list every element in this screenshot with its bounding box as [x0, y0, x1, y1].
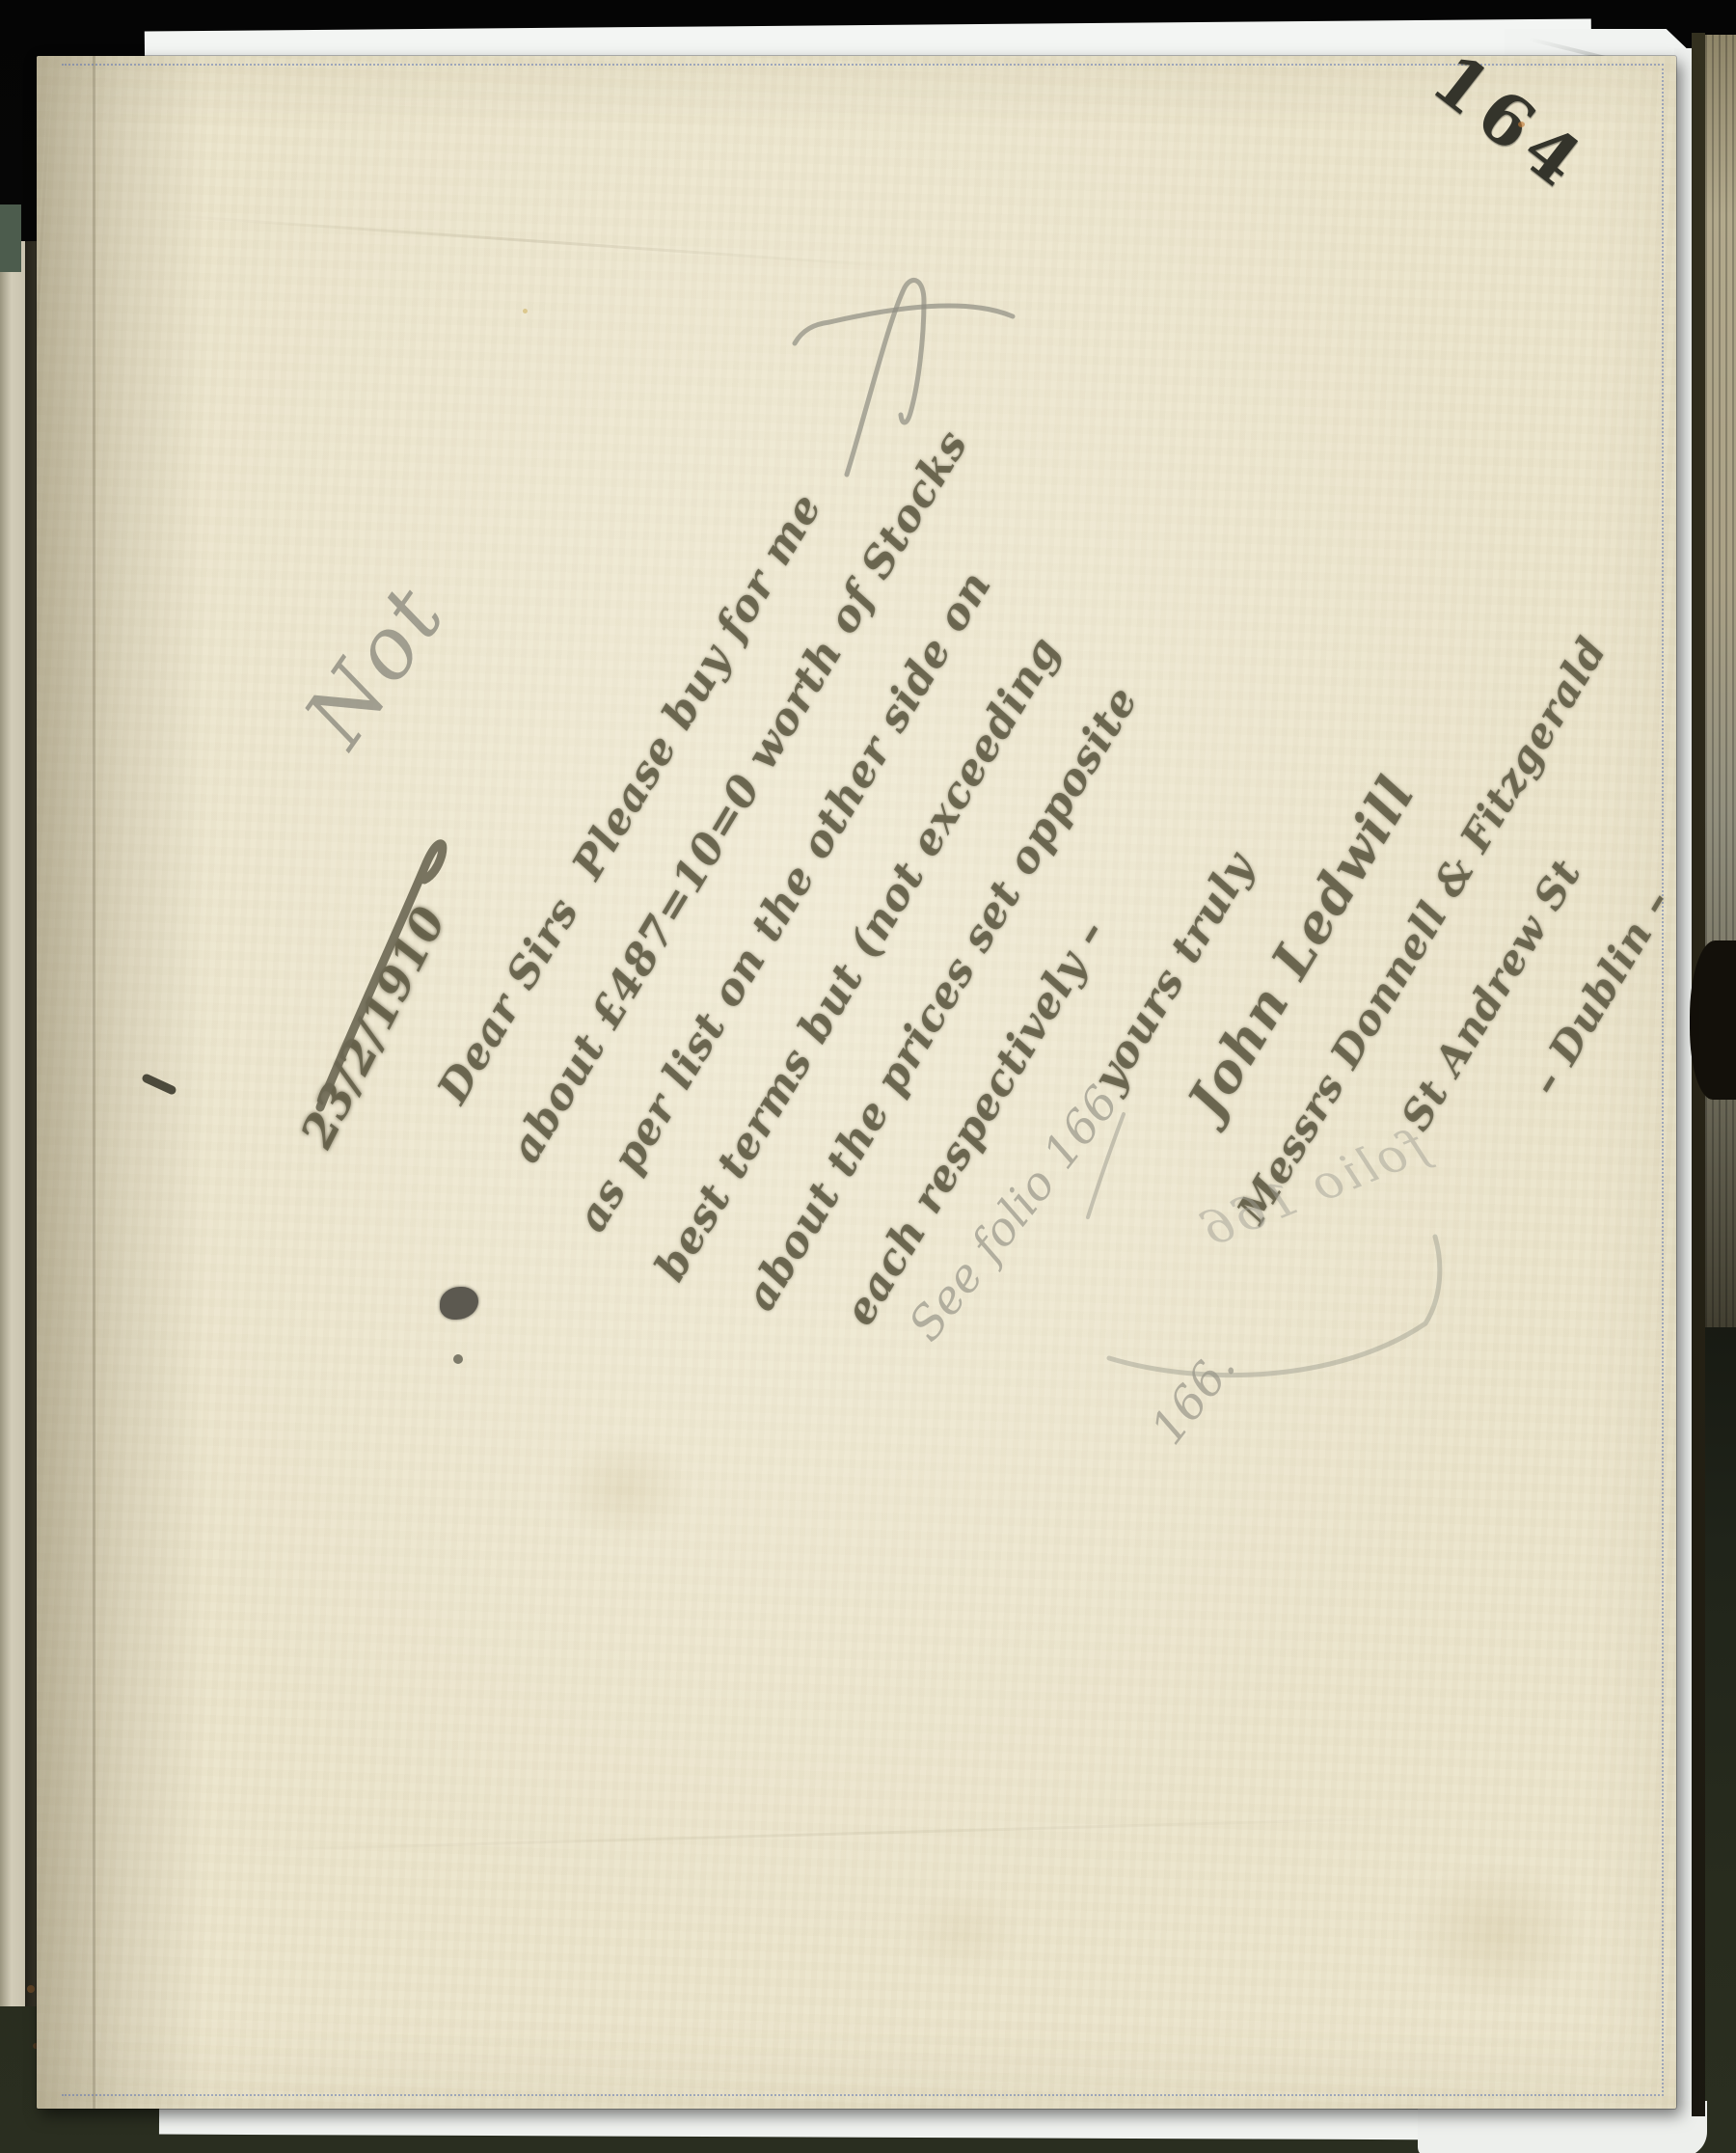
paper-stain [1406, 1860, 1589, 2004]
previous-page-edge [0, 241, 25, 2006]
paper-stain [557, 1435, 692, 1541]
ink-dot [453, 1354, 463, 1364]
paper-speck [1518, 122, 1525, 127]
binding-tear [1690, 940, 1736, 1100]
page-stack-striation [1705, 35, 1736, 1327]
page-stack-edge [1705, 35, 1736, 1327]
scanned-letterbook-photo: { "page": { "number": "164", "paper_colo… [0, 0, 1736, 2153]
tissue-guard-right [1674, 48, 1692, 2122]
paper-stain [905, 1889, 1020, 1976]
letterbook-page: 164 23/2/1910 Dear Sirs Please buy for m… [37, 56, 1676, 2109]
pencil-note-line: See folio 166 [886, 1067, 1142, 1361]
tissue-guard-bottom-corner [1418, 2101, 1707, 2153]
cover-edge [0, 204, 21, 272]
paper-speck [523, 309, 528, 313]
foxing-spot [27, 1985, 35, 1993]
